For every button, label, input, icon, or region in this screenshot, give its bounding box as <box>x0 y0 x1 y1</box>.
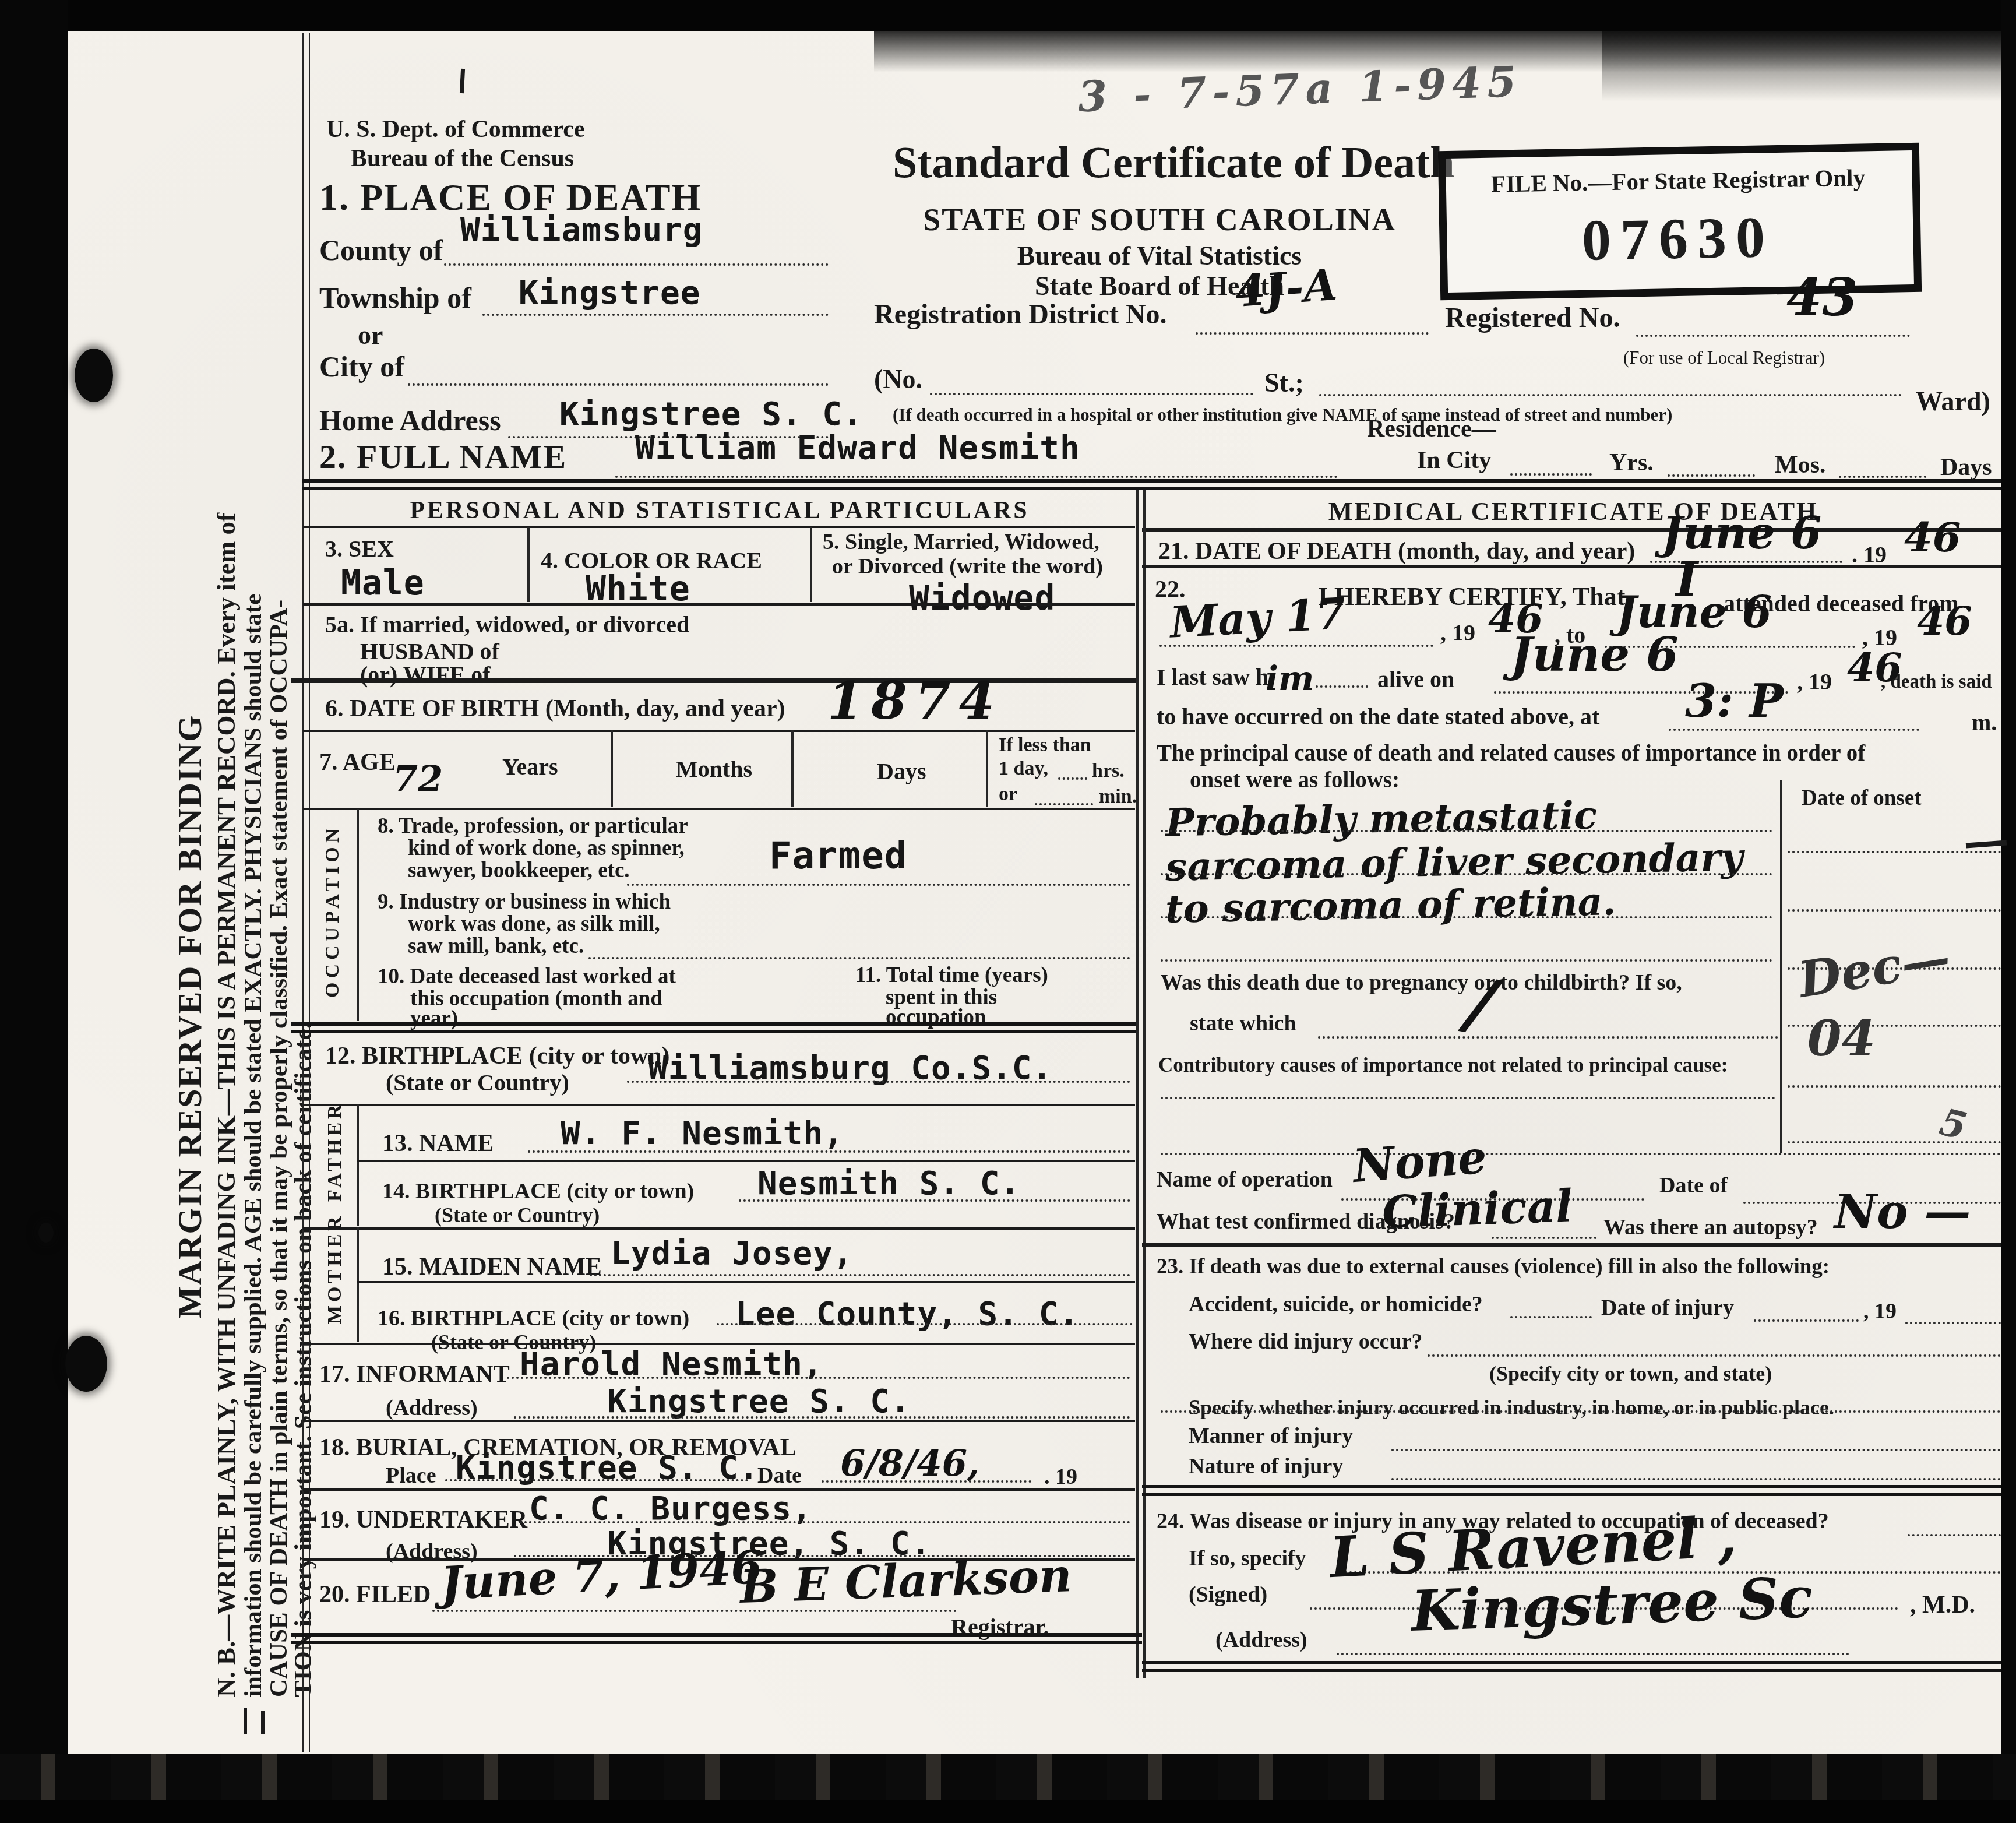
father-vertical-label: FATHER <box>324 1101 346 1202</box>
stray-tick-2 <box>261 1711 265 1734</box>
fullname-value: William Edward Nesmith <box>635 429 1080 467</box>
county-value: Williamsburg <box>460 211 703 249</box>
bureau-vital-statistics: Bureau of Vital Statistics <box>897 240 1422 271</box>
item21-year: 46 <box>1904 513 1961 561</box>
or-label: or <box>358 319 383 350</box>
age-value: 72 <box>393 758 443 800</box>
left-section-title: PERSONAL AND STATISTICAL PARTICULARS <box>303 497 1136 525</box>
no-label: (No. <box>874 364 922 395</box>
signed-label: (Signed) <box>1189 1582 1267 1607</box>
in-city-dotline <box>1510 473 1592 476</box>
min-label: min. <box>1099 786 1137 808</box>
item5a-rule <box>291 678 1136 683</box>
item15-label: 15. MAIDEN NAME <box>382 1253 602 1281</box>
item16-value: Lee County, S. C. <box>735 1295 1079 1333</box>
occupation-bottom-rule <box>291 1022 1136 1033</box>
cause-dotline-1 <box>1161 830 1772 832</box>
item20-label: 20. FILED <box>319 1581 431 1609</box>
marital-label-line1: 5. Single, Married, Widowed, <box>823 529 1099 555</box>
nature-injury-label: Nature of injury <box>1189 1454 1343 1479</box>
alive-on-label: alive on <box>1377 666 1454 693</box>
autopsy-rule <box>1142 1243 2001 1247</box>
sex-value: Male <box>341 563 425 603</box>
item21-19-label: . 19 <box>1852 541 1887 568</box>
item18-date-value: 6/8/46, <box>840 1442 979 1484</box>
st-dotline <box>1319 394 1902 396</box>
scan-top-smear-right <box>1602 31 2016 101</box>
header-divider-rule <box>302 479 2001 490</box>
contributory-dotline <box>1161 1097 1775 1099</box>
item18-year-label: . 19 <box>1044 1464 1077 1490</box>
state-which-dotline <box>1318 1036 1778 1039</box>
age-divider-1 <box>611 730 613 807</box>
city-label: City of <box>319 350 404 383</box>
item12-line2: (State or Country) <box>386 1069 569 1096</box>
item16-line1: 16. BIRTHPLACE (city or town) <box>378 1305 689 1331</box>
if-so-specify-label: If so, specify <box>1189 1546 1306 1571</box>
item24-dotline <box>1908 1534 2001 1536</box>
city-dotline <box>408 383 829 386</box>
reg-district-label: Registration District No. <box>874 298 1167 330</box>
sex-race-divider <box>527 527 530 602</box>
item13-value: W. F. Nesmith, <box>561 1114 844 1152</box>
item10-line1: 10. Date deceased last worked at <box>378 964 676 989</box>
principal-cause-label: The principal cause of death and related… <box>1157 740 1865 766</box>
scan-bottom-border <box>0 1800 2016 1823</box>
date-injury-label: Date of injury <box>1601 1295 1734 1321</box>
item5a-line1: 5a. If married, widowed, or divorced <box>325 611 689 638</box>
scan-top-border <box>0 0 2016 31</box>
registered-no-dotline <box>1636 335 1910 337</box>
marital-value: Widowed <box>909 578 1055 618</box>
column-divider-outer <box>1136 490 1139 1678</box>
cause-line3: to sarcoma of retina. <box>1165 878 1616 931</box>
item5a-line3: (or) WIFE of <box>360 661 491 688</box>
item15-rule <box>357 1281 1135 1283</box>
hole-punch-top <box>75 349 113 402</box>
right-section-rule <box>1142 528 2001 532</box>
residence-in-city: In City <box>1417 446 1491 474</box>
st-label: St.; <box>1264 367 1304 398</box>
onset-dotline-1 <box>1788 851 2001 853</box>
item13-label: 13. NAME <box>382 1129 494 1157</box>
onset-dotline-6 <box>1788 1141 2001 1143</box>
township-label: Township of <box>319 281 471 315</box>
township-value: Kingstree <box>519 274 700 312</box>
where-injury-label: Where did injury occur? <box>1189 1329 1422 1354</box>
nature-injury-dotline <box>1391 1478 2001 1480</box>
item19-dotline <box>520 1521 1130 1523</box>
local-registrar-note: (For use of Local Registrar) <box>1623 347 1825 368</box>
item17-rule <box>303 1420 1135 1422</box>
physician-address-label: (Address) <box>1215 1627 1307 1653</box>
item14-line1: 14. BIRTHPLACE (city or town) <box>382 1178 694 1204</box>
onset-column-header: Date of onset <box>1802 786 1922 811</box>
item12-dotline <box>627 1081 1130 1083</box>
county-label: County of <box>319 233 443 267</box>
onset-dotline-2 <box>1788 909 2001 911</box>
injury-19-label: , 19 <box>1863 1298 1897 1324</box>
item17-addr-label: (Address) <box>386 1395 478 1421</box>
state-which-label: state which <box>1190 1011 1296 1036</box>
hole-punch-bottom <box>65 1336 107 1392</box>
item12-line1: 12. BIRTHPLACE (city or town) <box>325 1042 670 1070</box>
md-label: , M.D. <box>1910 1591 1975 1619</box>
occupation-inner-divider <box>357 809 359 1021</box>
hrs-dotline <box>1058 777 1087 780</box>
residence-yrs: Yrs. <box>1609 449 1654 477</box>
specify-city-note: (Specify city or town, and state) <box>1489 1361 1772 1386</box>
m-label: m. <box>1972 709 1997 736</box>
right-bottom-rule <box>1142 1661 2001 1672</box>
autopsy-value: No — <box>1834 1184 1971 1239</box>
item21-label: 21. DATE OF DEATH (month, day, and year) <box>1158 537 1635 565</box>
registered-no-label: Registered No. <box>1445 302 1620 334</box>
scan-left-border <box>0 0 68 1823</box>
dob-rule <box>303 730 1135 732</box>
race-value: White <box>586 569 690 608</box>
item8-line2: kind of work done, as spinner, <box>408 836 685 861</box>
min-dotline <box>1035 803 1093 805</box>
onset-follows-label: onset were as follows: <box>1190 767 1400 793</box>
dept-of-commerce: U. S. Dept. of Commerce <box>326 115 585 143</box>
file-number-stamp: 07630 <box>1450 201 1906 276</box>
lastsaw-him: im <box>1266 659 1314 698</box>
specify-industry-dotline <box>1161 1410 2001 1413</box>
test-dotline <box>1492 1237 1596 1239</box>
item18-date-dotline <box>822 1480 1031 1483</box>
item14-rule <box>303 1227 1135 1230</box>
no-dotline <box>930 393 1253 395</box>
scan-right-border <box>2001 0 2016 1823</box>
death-certificate-scan: MARGIN RESERVED FOR BINDING N. B.—WRITE … <box>0 0 2016 1823</box>
age-label: 7. AGE <box>319 748 396 776</box>
autopsy-label: Was there an autopsy? <box>1603 1215 1818 1240</box>
mos-dotline <box>1839 476 1926 478</box>
specify-industry-label: Specify whether injury occurred in indus… <box>1189 1395 1834 1420</box>
home-address-value: Kingstree S. C. <box>559 395 863 433</box>
age-rule <box>303 808 1135 810</box>
item17-addr-dotline <box>514 1416 1130 1419</box>
age-days-label: Days <box>877 758 926 785</box>
accident-dotline <box>1510 1316 1592 1318</box>
hrs-label: hrs. <box>1092 760 1125 782</box>
sex-label: 3. SEX <box>325 535 394 562</box>
item14-value: Nesmith S. C. <box>757 1164 1020 1202</box>
mother-vertical-label: MOTHER <box>324 1213 346 1324</box>
item19-label: 19. UNDERTAKER <box>319 1506 527 1534</box>
operation-label: Name of operation <box>1157 1167 1333 1192</box>
alive-date-value: June 6 <box>1510 627 1679 682</box>
occurred-label: to have occurred on the date stated abov… <box>1157 703 1599 730</box>
onset-dotline-5 <box>1788 1085 2001 1088</box>
him-dotline <box>1316 685 1368 688</box>
residence-mos: Mos. <box>1775 451 1826 479</box>
time-dotline <box>1669 729 1919 731</box>
item9-line3: saw mill, bank, etc. <box>408 934 584 959</box>
reg-district-value: 4J-A <box>1233 260 1338 317</box>
lastsaw-label: I last saw h <box>1157 663 1268 691</box>
form-left-border-inner <box>309 33 310 1752</box>
contributory-label: Contributory causes of importance not re… <box>1158 1054 1728 1077</box>
item18-place-dotline <box>445 1479 748 1481</box>
state-line: STATE OF SOUTH CAROLINA <box>897 202 1422 238</box>
father-inner-divider <box>357 1104 359 1226</box>
fullname-dotline <box>615 476 1338 478</box>
age-divider-2 <box>791 730 794 807</box>
onset-column-divider <box>1780 780 1782 1153</box>
certify-label: I HEREBY CERTIFY, That <box>1318 582 1625 611</box>
date-of-label: Date of <box>1659 1173 1728 1198</box>
item14-dotline <box>739 1199 1130 1202</box>
item8-line1: 8. Trade, profession, or particular <box>378 814 688 839</box>
where-injury-dotline <box>1428 1354 2001 1357</box>
onset-scrawl-2: 04 <box>1807 1009 1876 1067</box>
ifless-line2: 1 day, <box>999 758 1048 780</box>
left-bottom-rule <box>291 1633 1142 1644</box>
item23-label: 23. If death was due to external causes … <box>1157 1254 1830 1279</box>
reg-district-dotline <box>1196 332 1429 335</box>
residence-label: Residence— <box>1367 415 1496 443</box>
registered-no-value: 43 <box>1786 267 1858 328</box>
test-value: Clinical <box>1381 1180 1574 1238</box>
hospital-note: (If death occurred in a hospital or othe… <box>893 404 1672 425</box>
item9-line2: work was done, as silk mill, <box>408 911 660 937</box>
row345-rule <box>303 603 1135 606</box>
left-section-rule <box>303 526 1135 528</box>
margin-binding-note: MARGIN RESERVED FOR BINDING <box>170 715 209 1318</box>
residence-days: Days <box>1940 453 1992 481</box>
occupation-vertical-label: OCCUPATION <box>322 825 344 998</box>
home-address-label: Home Address <box>319 403 501 437</box>
item15-dotline <box>590 1274 1130 1276</box>
physician-address-value: Kingstree Sc <box>1410 1564 1814 1644</box>
item9-dotline <box>588 957 1130 959</box>
item13-dotline <box>528 1150 1130 1153</box>
dob-value: 1874 <box>827 670 1003 731</box>
injury-19-dotline <box>1905 1322 2001 1324</box>
age-years-label: Years <box>502 753 558 780</box>
pregnancy-question: Was this death due to pregnancy or to ch… <box>1161 970 1682 995</box>
item11-line1: 11. Total time (years) <box>855 963 1048 988</box>
time-of-death-value: 3: P <box>1685 675 1784 728</box>
item17-label: 17. INFORMANT <box>319 1360 510 1388</box>
item23-bottom-rule <box>1142 1485 2001 1496</box>
margin-note-line2: information should be carefully supplied… <box>239 594 267 1697</box>
county-dotline <box>444 263 829 266</box>
dob-label: 6. DATE OF BIRTH (Month, day, and year) <box>325 695 785 723</box>
ward-label: Ward) <box>1916 386 1990 417</box>
item21-rule <box>1142 565 2001 568</box>
age-months-label: Months <box>676 755 752 783</box>
bureau-of-census: Bureau of the Census <box>351 145 574 173</box>
yrs-dotline <box>1668 474 1755 477</box>
mother-inner-divider <box>357 1227 359 1342</box>
margin-note-line1: N. B.—WRITE PLAINLY, WITH UNFADING INK—T… <box>211 513 241 1697</box>
operation-boundary-dotline <box>1161 1153 2001 1155</box>
item18-place-label: Place <box>386 1463 436 1488</box>
item16-dotline <box>717 1323 1133 1325</box>
to-year-value: 46 <box>1917 598 1972 645</box>
item14-line2: (State or Country) <box>435 1203 600 1227</box>
ifless-line1: If less than <box>999 734 1091 756</box>
death-is-said-label: , death is said <box>1881 671 1992 693</box>
item8-dotline <box>627 884 1130 886</box>
stray-tick-1 <box>244 1708 247 1734</box>
fullname-label: 2. FULL NAME <box>319 437 567 476</box>
item8-line3: sawyer, bookkeeper, etc. <box>408 858 630 883</box>
or-min-label: or <box>999 783 1017 805</box>
date-injury-dotline <box>1754 1319 1859 1322</box>
township-dotline <box>482 314 829 316</box>
accident-label: Accident, suicide, or homicide? <box>1189 1291 1483 1317</box>
form-left-border-outer <box>302 33 304 1752</box>
column-divider-inner <box>1143 490 1146 1678</box>
item20-dotline <box>432 1610 957 1612</box>
manner-injury-label: Manner of injury <box>1189 1423 1353 1449</box>
cause-dotline-4 <box>1161 959 1772 962</box>
scan-bottom-band <box>0 1754 2016 1801</box>
from-19-label: , 19 <box>1440 619 1475 646</box>
manner-injury-dotline <box>1391 1449 2001 1451</box>
state-board-of-health: State Board of Health <box>897 270 1422 301</box>
certificate-title: Standard Certificate of Death <box>893 138 1455 188</box>
cause-dotline-2 <box>1161 873 1772 875</box>
alive-19-label: , 19 <box>1797 668 1832 695</box>
age-divider-3 <box>986 730 988 807</box>
physician-address-dotline <box>1337 1653 1849 1655</box>
item17-dotline <box>507 1377 1130 1379</box>
ink-spot <box>38 1223 54 1243</box>
cause-dotline-3 <box>1161 916 1772 918</box>
item18-date-label: Date <box>757 1463 802 1488</box>
item9-line1: 9. Industry or business in which <box>378 889 671 914</box>
item15-value: Lydia Josey, <box>611 1234 854 1272</box>
item12-rule <box>303 1104 1135 1106</box>
marital-label-line2: or Divorced (write the word) <box>832 554 1103 579</box>
from-dotline <box>1159 645 1433 647</box>
right-section-title: MEDICAL CERTIFICATE OF DEATH <box>1148 497 1999 526</box>
race-marital-divider <box>810 527 812 602</box>
item17-addr-value: Kingstree S. C. <box>607 1382 911 1420</box>
item13-rule <box>357 1160 1135 1162</box>
attended-from-value: May 17 <box>1169 589 1347 648</box>
item8-value: Farmed <box>769 835 907 878</box>
